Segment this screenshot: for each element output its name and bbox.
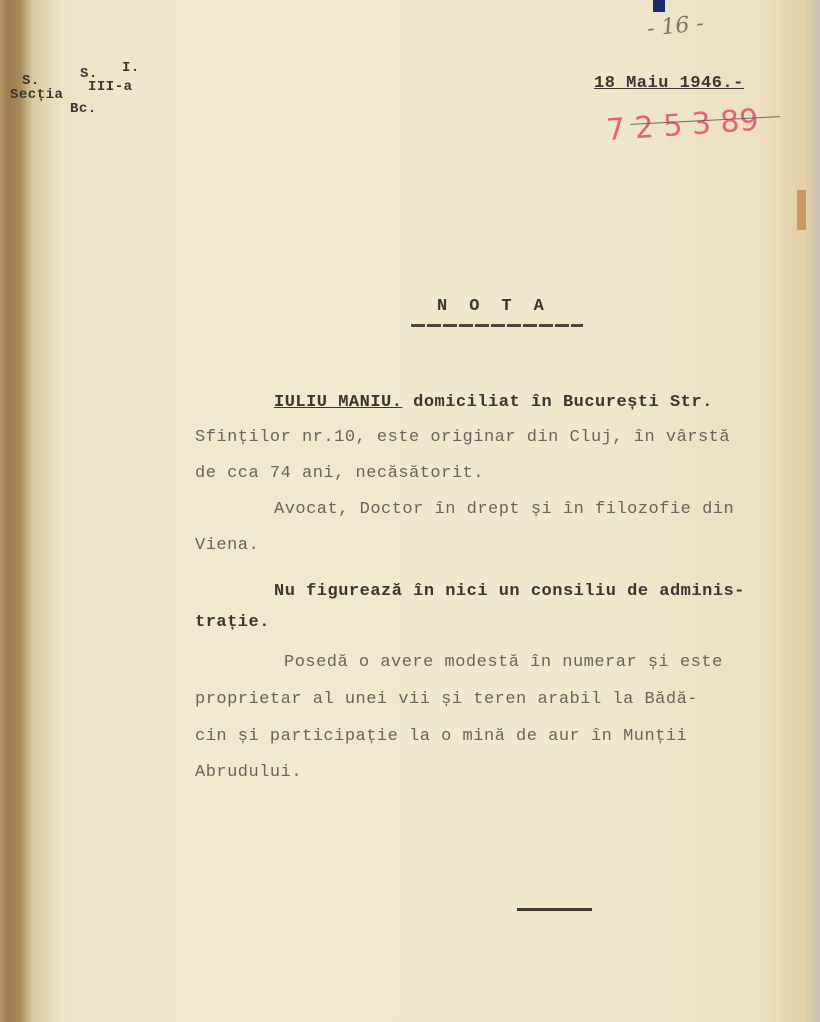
header-mark-i: I. bbox=[122, 60, 140, 76]
paragraph-text: domiciliat în București Str. bbox=[402, 393, 712, 412]
paragraph-4-line-4: Abrudului. bbox=[195, 763, 302, 782]
paragraph-1-line-3: de cca 74 ani, necăsătorit. bbox=[195, 464, 484, 483]
paragraph-3-line-1: Nu figurează în nici un consiliu de admi… bbox=[274, 582, 745, 601]
paragraph-3-line-2: trație. bbox=[195, 613, 270, 632]
document-title: NOTA bbox=[437, 297, 566, 316]
page-number: - 16 - bbox=[646, 11, 705, 42]
document-date: 18 Maiu 1946.- bbox=[594, 74, 744, 93]
closing-rule bbox=[517, 908, 592, 911]
header-mark-bc: Bc. bbox=[70, 101, 97, 117]
underlying-page-edge bbox=[806, 0, 820, 1022]
binder-clip bbox=[653, 0, 665, 12]
paragraph-2-line-1: Avocat, Doctor în drept și în filozofie … bbox=[274, 500, 734, 519]
paragraph-2-line-2: Viena. bbox=[195, 536, 259, 555]
header-section-number: III-a bbox=[88, 79, 133, 95]
paragraph-4-line-2: proprietar al unei vii și teren arabil l… bbox=[195, 690, 698, 709]
archival-document-page: S. Secția S. I. III-a Bc. - 16 - 18 Maiu… bbox=[0, 0, 808, 1022]
paragraph-1-line-1: IULIU MANIU. domiciliat în București Str… bbox=[274, 393, 713, 412]
paragraph-4-line-3: cin și participație la o mină de aur în … bbox=[195, 727, 687, 746]
subject-name: IULIU MANIU. bbox=[274, 393, 402, 412]
registry-number-red: 7 2 5 3 89 bbox=[605, 103, 760, 149]
header-sectia: Secția bbox=[10, 87, 63, 103]
title-underline bbox=[411, 324, 583, 327]
paragraph-1-line-2: Sfinților nr.10, este originar din Cluj,… bbox=[195, 428, 730, 447]
paragraph-4-line-1: Posedă o avere modestă în numerar și est… bbox=[284, 653, 723, 672]
